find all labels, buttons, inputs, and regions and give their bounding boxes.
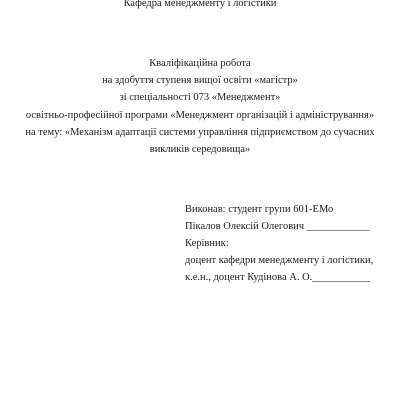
author-line-supervisor-label: Керівник: — [185, 235, 373, 252]
author-line-supervisor-name: к.е.н., доцент Кудінова А. О.___________ — [185, 269, 373, 286]
title-line-topic-1: на тему: «Механізм адаптації системи упр… — [0, 124, 400, 141]
title-line-topic-2: викликів середовища» — [0, 141, 400, 158]
author-supervisor-block: Виконав: студент групи 601-ЕМо Пікалов О… — [185, 201, 373, 287]
title-line-degree: на здобуття ступеня вищої освіти «магіст… — [0, 72, 400, 89]
title-line-program: освітньо-професійної програми «Менеджмен… — [0, 107, 400, 124]
title-line-work-type: Кваліфікаційна робота — [0, 55, 400, 72]
author-line-student-name: Пікалов Олексій Олегович ____________ — [185, 218, 373, 235]
department-line: Кафедра менеджменту і логістики — [0, 0, 400, 10]
thesis-title-page: Кафедра менеджменту і логістики Кваліфік… — [0, 0, 400, 400]
qualification-title-block: Кваліфікаційна робота на здобуття ступен… — [0, 55, 400, 158]
author-line-executor: Виконав: студент групи 601-ЕМо — [185, 201, 373, 218]
title-line-specialty: зі спеціальності 073 «Менеджмент» — [0, 89, 400, 106]
author-line-supervisor-position: доцент кафедри менеджменту і логістики, — [185, 252, 373, 269]
